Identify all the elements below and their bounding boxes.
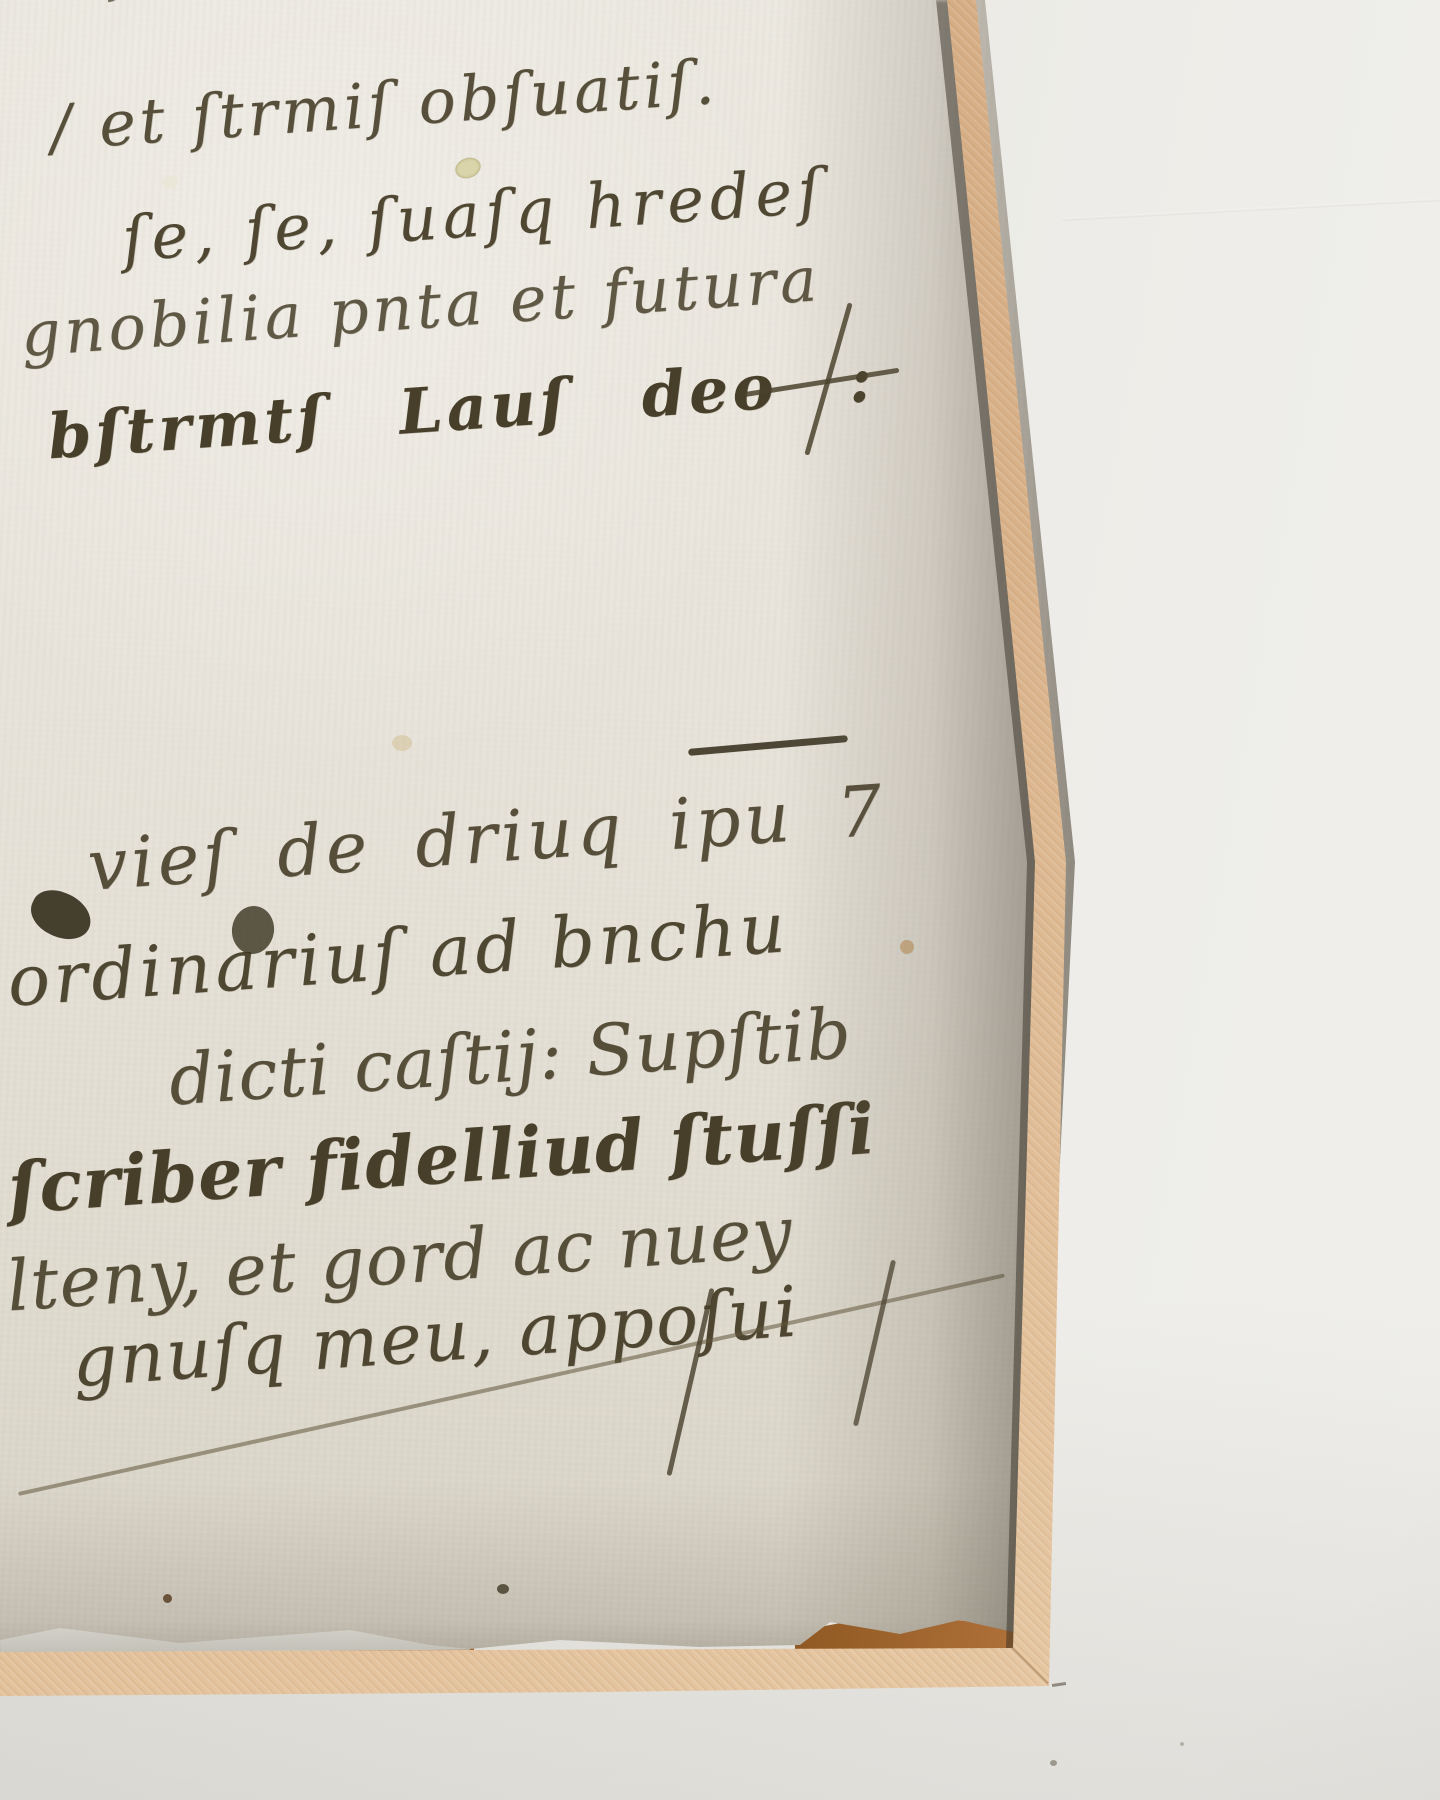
mat-speck	[1180, 1742, 1184, 1746]
mat-crease	[1062, 198, 1440, 221]
handwriting-line: / et ſtrmiſ obſuatiſ.	[48, 45, 720, 164]
paper-stain	[392, 735, 412, 751]
handwriting-line: vieſ de driuq ipu 7	[85, 769, 889, 907]
paper-fleck	[162, 176, 178, 188]
manuscript-paper: ſ et ſtr it cot / et ſtrmiſ obſuatiſ. ſe…	[0, 0, 1120, 1700]
mat-speck	[1052, 1682, 1066, 1687]
upper-text-block: ſ et ſtr it cot / et ſtrmiſ obſuatiſ. ſe…	[0, 0, 1216, 539]
handwriting-line: ordinariuſ ad bnchu	[5, 886, 792, 1022]
mat-speck	[1050, 1760, 1057, 1766]
handwriting-line: bſtrmtſ Lauſ deo :	[45, 343, 878, 474]
paper-speck	[497, 1584, 509, 1594]
handwriting-line: ſ et ſtr it cot	[107, 0, 554, 4]
paper-stain	[900, 940, 914, 954]
paper-speck	[163, 1594, 172, 1603]
framed-manuscript-photo: ſ et ſtr it cot / et ſtrmiſ obſuatiſ. ſe…	[0, 0, 1440, 1800]
